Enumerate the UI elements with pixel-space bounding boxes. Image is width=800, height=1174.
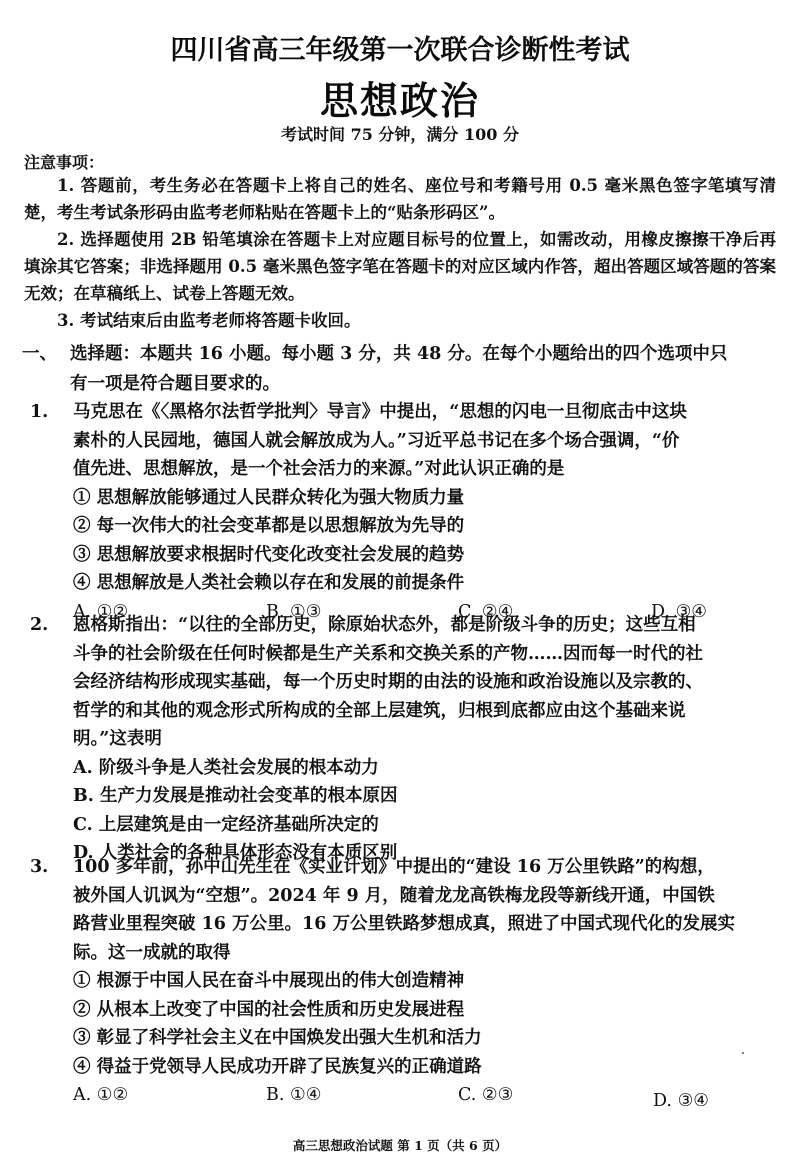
question-1: 1. 马克思在《〈黑格尔法哲学批判〉导言》中提出，“思想的闪电一旦彻底击中这块 … bbox=[30, 398, 776, 626]
statement: ③ 思想解放要求根据时代变化改变社会发展的趋势 bbox=[73, 541, 776, 570]
statement: ② 每一次伟大的社会变革都是以思想解放为先导的 bbox=[73, 512, 776, 541]
stem-line: 被外国人讥讽为“空想”。2024 年 9 月，随着龙龙高铁梅龙段等新线开通，中国… bbox=[73, 882, 776, 911]
choice-c[interactable]: C. ②③ bbox=[458, 1081, 513, 1110]
question-stem: 100 多年前，孙中山先生在《实业计划》中提出的“建设 16 万公里铁路”的构想… bbox=[73, 853, 776, 967]
stem-line: 马克思在《〈黑格尔法哲学批判〉导言》中提出，“思想的闪电一旦彻底击中这块 bbox=[73, 398, 776, 427]
statement: ① 根源于中国人民在奋斗中展现出的伟大创造精神 bbox=[73, 967, 776, 996]
exam-title: 四川省高三年级第一次联合诊断性考试 bbox=[0, 28, 800, 67]
stem-line: 斗争的社会阶级在任何时候都是生产关系和交换关系的产物……因而每一时代的社 bbox=[73, 640, 776, 669]
statement: ④ 思想解放是人类社会赖以存在和发展的前提条件 bbox=[73, 569, 776, 598]
choice-a[interactable]: A. ①② bbox=[73, 1081, 128, 1110]
statement: ③ 彰显了科学社会主义在中国焕发出强大生机和活力 bbox=[73, 1024, 776, 1053]
option-a[interactable]: A. 阶级斗争是人类社会发展的根本动力 bbox=[73, 754, 776, 783]
question-2: 2. 恩格斯指出：“以往的全部历史，除原始状态外，都是阶级斗争的历史；这些互相 … bbox=[30, 611, 776, 868]
stem-line: 恩格斯指出：“以往的全部历史，除原始状态外，都是阶级斗争的历史；这些互相 bbox=[73, 611, 776, 640]
section-number: 一、 bbox=[22, 339, 70, 369]
section-heading: 一、选择题：本题共 16 小题。每小题 3 分，共 48 分。在每个小题给出的四… bbox=[22, 339, 782, 399]
notice-heading: 注意事项： bbox=[24, 150, 104, 173]
question-number: 3. bbox=[30, 853, 70, 882]
stem-line: 素朴的人民园地，德国人就会解放成为人。”习近平总书记在多个场合强调，“价 bbox=[73, 427, 776, 456]
stem-line: 100 多年前，孙中山先生在《实业计划》中提出的“建设 16 万公里铁路”的构想… bbox=[73, 853, 776, 882]
stem-line: 路营业里程突破 16 万公里。16 万公里铁路梦想成真，照进了中国式现代化的发展… bbox=[73, 910, 776, 939]
statement: ① 思想解放能够通过人民群众转化为强大物质力量 bbox=[73, 484, 776, 513]
subject-title: 思想政治 bbox=[0, 70, 800, 125]
page-footer: 高三思想政治试题 第 1 页（共 6 页） bbox=[0, 1136, 800, 1154]
notice-item-3: 3. 考试结束后由监考老师将答题卡收回。 bbox=[24, 307, 776, 334]
notice-item-1: 1. 答题前，考生务必在答题卡上将自己的姓名、座位号和考籍号用 0.5 毫米黑色… bbox=[24, 172, 776, 226]
question-number: 1. bbox=[30, 398, 70, 427]
stem-line: 哲学的和其他的观念形式所构成的全部上层建筑，归根到底都应由这个基础来说 bbox=[73, 697, 776, 726]
notice-item-2: 2. 选择题使用 2B 铅笔填涂在答题卡上对应题目标号的位置上，如需改动，用橡皮… bbox=[24, 226, 776, 307]
stem-line: 会经济结构形成现实基础，每一个历史时期的由法的设施和政治设施以及宗教的、 bbox=[73, 668, 776, 697]
stem-line: 明。”这表明 bbox=[73, 725, 776, 754]
exam-page: 四川省高三年级第一次联合诊断性考试 思想政治 考试时间 75 分钟，满分 100… bbox=[0, 0, 800, 1174]
choice-b[interactable]: B. ①④ bbox=[266, 1081, 321, 1110]
question-stem: 恩格斯指出：“以往的全部历史，除原始状态外，都是阶级斗争的历史；这些互相 斗争的… bbox=[73, 611, 776, 754]
question-number: 2. bbox=[30, 611, 70, 640]
section-line-1: 选择题：本题共 16 小题。每小题 3 分，共 48 分。在每个小题给出的四个选… bbox=[70, 344, 727, 364]
section-line-2: 有一项是符合题目要求的。 bbox=[22, 369, 782, 399]
question-3: 3. 100 多年前，孙中山先生在《实业计划》中提出的“建设 16 万公里铁路”… bbox=[30, 853, 776, 1110]
scan-speck bbox=[742, 1052, 744, 1054]
statement: ② 从根本上改变了中国的社会性质和历史发展进程 bbox=[73, 996, 776, 1025]
stem-line: 际。这一成就的取得 bbox=[73, 939, 776, 968]
statement: ④ 得益于党领导人民成功开辟了民族复兴的正确道路 bbox=[73, 1053, 776, 1082]
exam-info: 考试时间 75 分钟，满分 100 分 bbox=[0, 122, 800, 145]
stem-line: 值先进、思想解放，是一个社会活力的来源。”对此认识正确的是 bbox=[73, 455, 776, 484]
choice-d[interactable]: D. ③④ bbox=[653, 1087, 709, 1116]
question-stem: 马克思在《〈黑格尔法哲学批判〉导言》中提出，“思想的闪电一旦彻底击中这块 素朴的… bbox=[73, 398, 776, 484]
option-c[interactable]: C. 上层建筑是由一定经济基础所决定的 bbox=[73, 811, 776, 840]
answer-choices: A. ①② B. ①④ C. ②③ D. ③④ bbox=[73, 1081, 776, 1110]
option-b[interactable]: B. 生产力发展是推动社会变革的根本原因 bbox=[73, 782, 776, 811]
